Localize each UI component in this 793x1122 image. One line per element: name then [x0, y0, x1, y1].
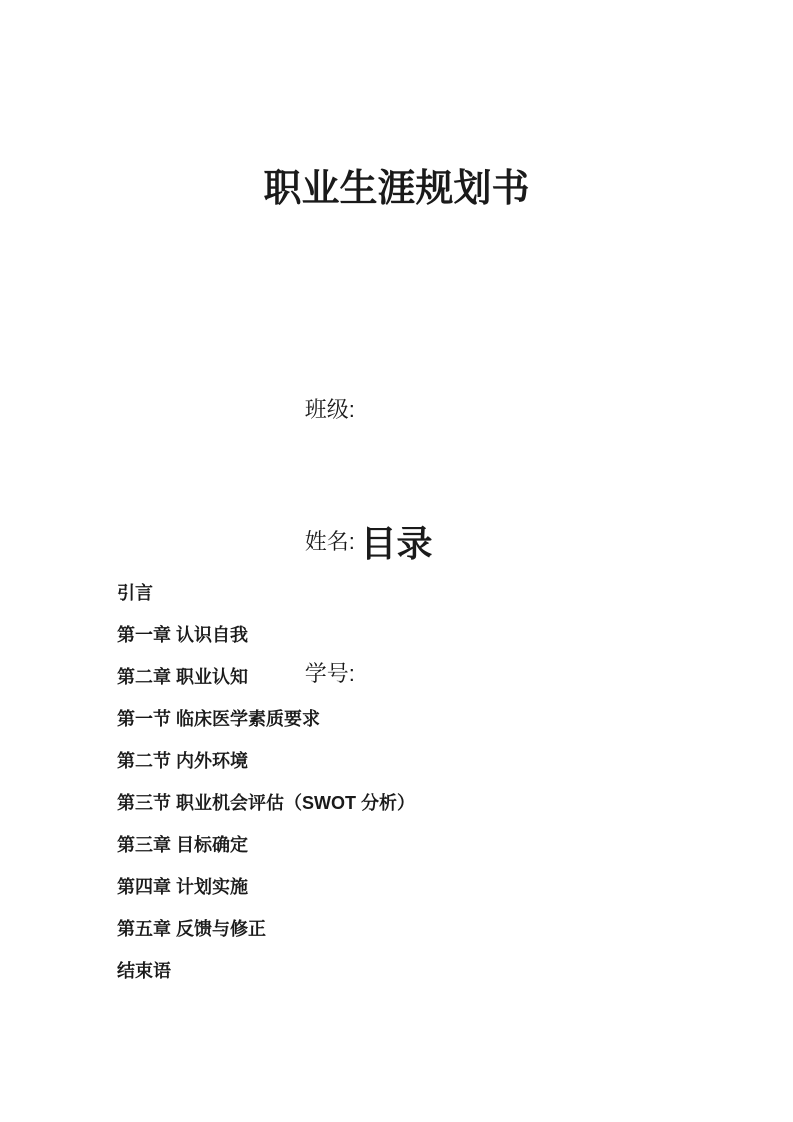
document-page: 职业生涯规划书 班级: 姓名: 学号: 目录 引言 第一章 认识自我 第二章 职…: [0, 0, 793, 1122]
toc-item-introduction: 引言: [117, 572, 677, 614]
document-title: 职业生涯规划书: [0, 170, 793, 208]
class-field: 班级:: [268, 344, 355, 476]
toc-heading: 目录: [0, 526, 793, 562]
toc-item-section-1: 第一节 临床医学素质要求: [117, 698, 677, 740]
toc-item-section-2: 第二节 内外环境: [117, 740, 677, 782]
toc-item-chapter-5: 第五章 反馈与修正: [117, 908, 677, 950]
toc-item-chapter-1: 第一章 认识自我: [117, 614, 677, 656]
toc-item-conclusion: 结束语: [117, 950, 677, 992]
class-label: 班级:: [305, 397, 355, 422]
toc-item-section-3: 第三节 职业机会评估（SWOT 分析）: [117, 782, 677, 824]
toc-list: 引言 第一章 认识自我 第二章 职业认知 第一节 临床医学素质要求 第二节 内外…: [117, 572, 677, 992]
toc-item-chapter-4: 第四章 计划实施: [117, 866, 677, 908]
toc-item-chapter-3: 第三章 目标确定: [117, 824, 677, 866]
toc-item-chapter-2: 第二章 职业认知: [117, 656, 677, 698]
